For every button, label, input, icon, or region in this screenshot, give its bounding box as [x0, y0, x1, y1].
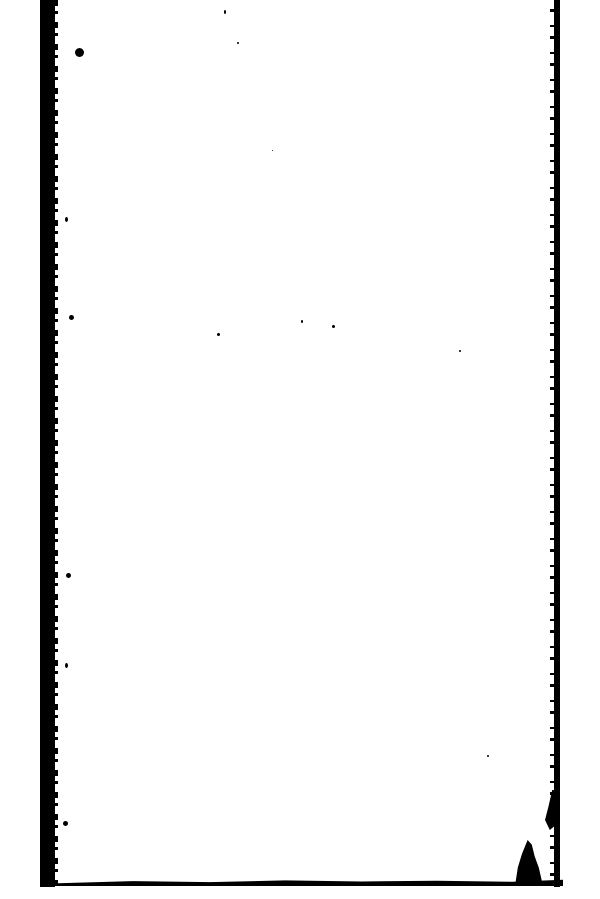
dust-speck — [237, 42, 239, 44]
dust-speck — [65, 663, 68, 668]
dust-speck — [301, 320, 303, 323]
dust-speck — [487, 755, 489, 757]
dust-speck — [459, 350, 461, 352]
dust-speck — [66, 573, 71, 578]
torn-corner — [515, 840, 543, 886]
page-right-edge-shadow — [554, 0, 560, 887]
dust-speck — [217, 333, 220, 336]
dust-speck — [272, 150, 273, 151]
dust-speck — [65, 217, 68, 222]
dust-speck — [69, 315, 74, 320]
corner-flap — [545, 790, 557, 830]
dust-speck — [75, 48, 84, 57]
dust-speck — [224, 10, 226, 14]
dust-speck — [63, 821, 68, 826]
page-left-edge-shadow — [40, 0, 55, 887]
page-bottom-edge-shadow — [58, 879, 563, 886]
scanned-page — [0, 0, 600, 899]
dust-speck — [332, 325, 335, 328]
